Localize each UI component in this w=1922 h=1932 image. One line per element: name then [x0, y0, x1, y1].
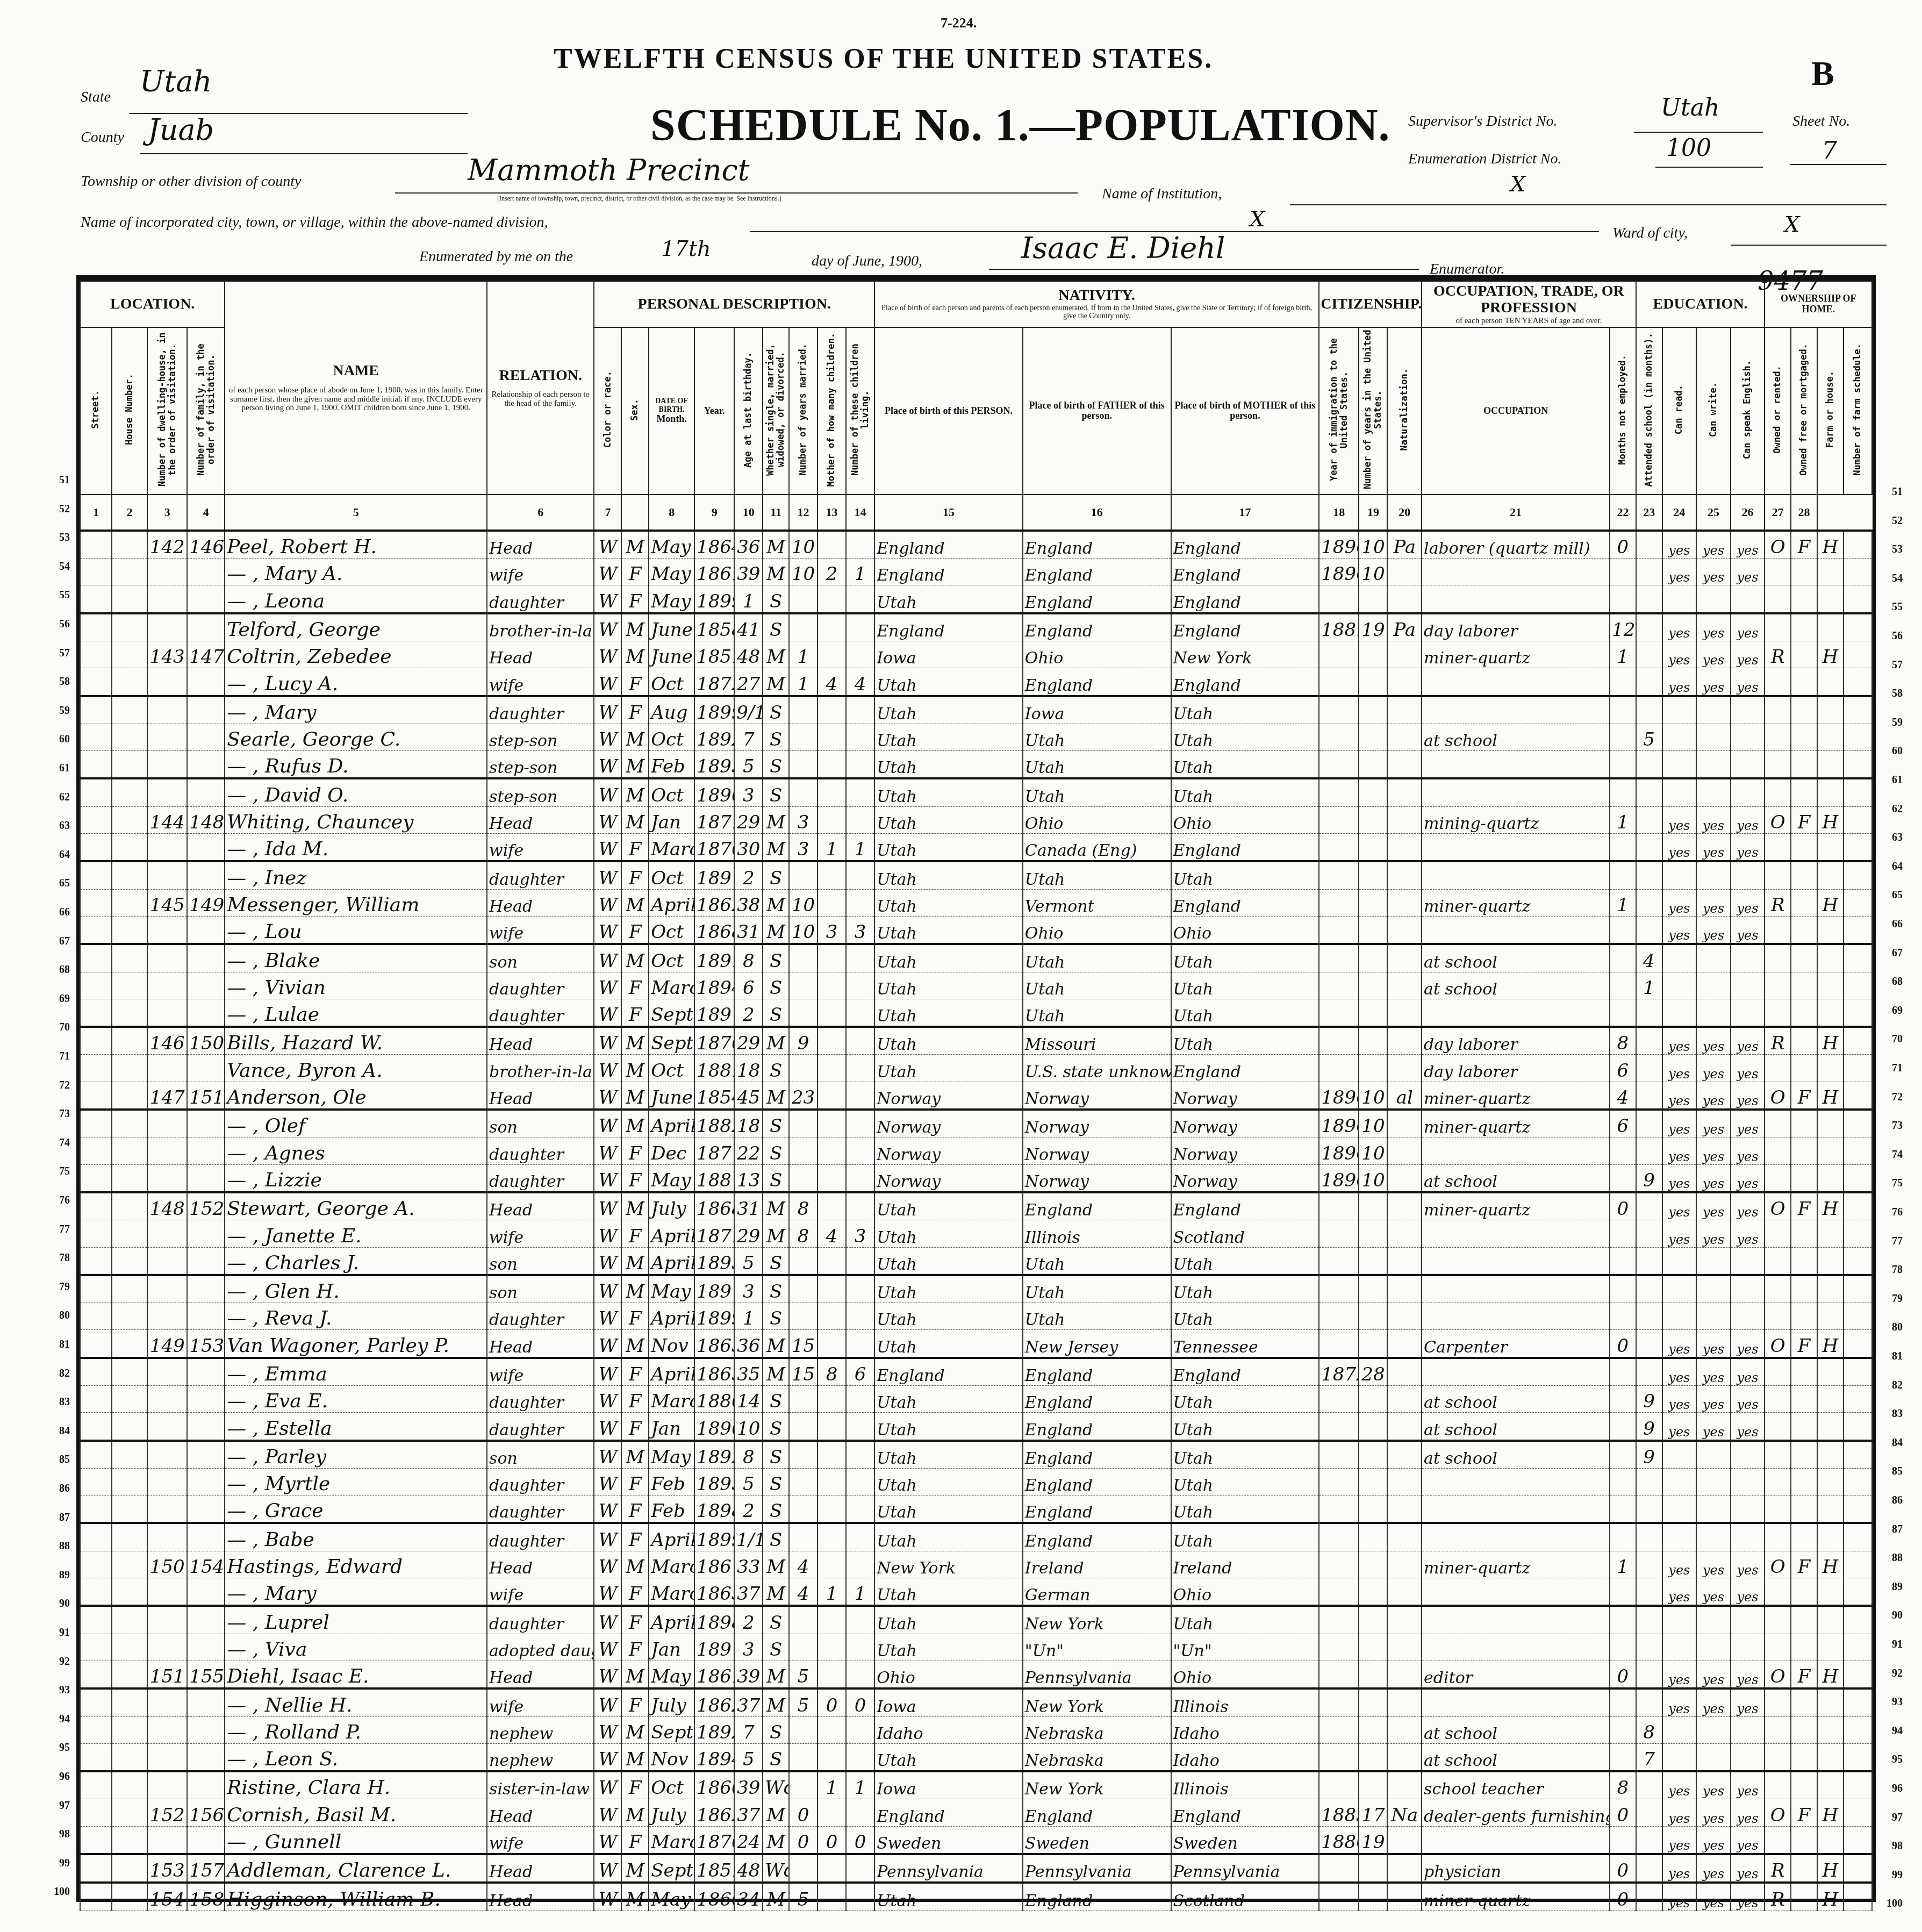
cell-mother-children — [817, 1192, 846, 1220]
cell-farm-house — [1817, 1716, 1844, 1743]
cell-years-married — [789, 1854, 817, 1883]
cell-farm-schedule — [1844, 1523, 1872, 1551]
cell-months-unemployed: 0 — [1610, 1799, 1636, 1826]
cell-house-number — [112, 724, 147, 750]
sheet-letter: B — [1811, 54, 1834, 94]
group-relation: RELATION.Relationship of each person to … — [487, 281, 594, 495]
cell-farm-schedule — [1844, 1386, 1872, 1413]
cell-relation: daughter — [487, 1468, 594, 1495]
cell-can-read — [1662, 1743, 1697, 1771]
cell-farm-schedule — [1844, 1330, 1872, 1358]
cell-birth-year: 1890 — [694, 1413, 734, 1441]
cell-birthplace-person: Utah — [874, 1303, 1023, 1330]
cell-years-in-us: 28 — [1359, 1358, 1387, 1386]
cell-can-read: yes — [1662, 1854, 1697, 1883]
cell-birthplace-mother: England — [1171, 834, 1319, 862]
cell-owned-rented — [1765, 1386, 1791, 1413]
cell-occupation — [1422, 861, 1610, 889]
cell-age: 39 — [734, 559, 763, 585]
cell-person-name: — , Leon S. — [225, 1743, 487, 1771]
cell-birth-month: July — [649, 1688, 694, 1716]
cell-family-number: 146 — [187, 531, 225, 559]
column-number: 9 — [694, 495, 734, 531]
cell-farm-schedule — [1844, 1661, 1872, 1688]
cell-birth-month: May — [649, 1661, 694, 1688]
cell-marital-status: S — [763, 1743, 789, 1771]
cell-birthplace-mother: Ireland — [1171, 1551, 1319, 1578]
cell-house-number — [112, 1027, 147, 1055]
cell-marital-status: M — [763, 1220, 789, 1247]
cell-farm-house — [1817, 1137, 1844, 1164]
cell-sex: F — [621, 1413, 649, 1441]
cell-years-married: 10 — [789, 531, 817, 559]
cell-dwelling-number: 154 — [147, 1883, 187, 1910]
cell-years-married: 8 — [789, 1220, 817, 1247]
cell-color-race: W — [594, 1220, 621, 1247]
cell-color-race: W — [594, 1799, 621, 1826]
cell-farm-house: H — [1817, 1027, 1844, 1055]
cell-birthplace-mother: Utah — [1171, 1027, 1319, 1055]
cell-color-race: W — [594, 1192, 621, 1220]
cell-free-mortgaged: F — [1791, 1192, 1817, 1220]
header-children-living: Number of these children living. — [846, 327, 874, 495]
cell-age: 2 — [734, 861, 763, 889]
cell-marital-status: M — [763, 668, 789, 696]
cell-naturalization — [1387, 778, 1422, 806]
line-number-right: 66 — [1870, 918, 1903, 931]
cell-farm-house — [1817, 972, 1844, 999]
line-number-right: 99 — [1870, 1869, 1903, 1881]
cell-free-mortgaged — [1791, 1358, 1817, 1386]
cell-birthplace-mother: England — [1171, 1192, 1319, 1220]
cell-color-race: W — [594, 1247, 621, 1275]
cell-can-write: yes — [1696, 1137, 1731, 1164]
cell-speak-english: yes — [1731, 916, 1765, 944]
cell-age: 33 — [734, 1551, 763, 1578]
cell-street — [80, 1551, 112, 1578]
state-label: State — [81, 89, 111, 106]
cell-marital-status: S — [763, 751, 789, 779]
column-number: 1 — [80, 495, 112, 531]
table-row: — , LupreldaughterWFApril18982SUtahNew Y… — [80, 1606, 1872, 1634]
column-number: 17 — [1171, 495, 1319, 531]
cell-house-number — [112, 613, 147, 641]
cell-person-name: Vance, Byron A. — [225, 1055, 487, 1082]
cell-age: 14 — [734, 1386, 763, 1413]
cell-can-write — [1696, 585, 1731, 613]
cell-immigration-year — [1319, 585, 1359, 613]
cell-house-number — [112, 1137, 147, 1164]
cell-dwelling-number — [147, 1468, 187, 1495]
cell-age: 5 — [734, 1468, 763, 1495]
cell-person-name: — , Charles J. — [225, 1247, 487, 1275]
cell-mother-children — [817, 861, 846, 889]
cell-immigration-year — [1319, 1716, 1359, 1743]
cell-marital-status: M — [763, 1027, 789, 1055]
cell-dwelling-number — [147, 1303, 187, 1330]
cell-farm-schedule — [1844, 1303, 1872, 1330]
cell-years-in-us — [1359, 1688, 1387, 1716]
cell-marital-status: Wd — [763, 1854, 789, 1883]
line-number-right: 69 — [1870, 1005, 1903, 1017]
cell-farm-schedule — [1844, 1771, 1872, 1799]
cell-mother-children — [817, 1634, 846, 1661]
cell-farm-schedule — [1844, 1495, 1872, 1523]
column-number: 12 — [789, 495, 817, 531]
cell-immigration-year: 1890 — [1319, 1164, 1359, 1192]
cell-years-in-us — [1359, 1578, 1387, 1606]
cell-farm-schedule — [1844, 1854, 1872, 1883]
cell-farm-house — [1817, 1688, 1844, 1716]
cell-person-name: — , Agnes — [225, 1137, 487, 1164]
cell-mother-children — [817, 778, 846, 806]
cell-owned-rented: O — [1765, 1192, 1791, 1220]
cell-free-mortgaged — [1791, 1826, 1817, 1854]
cell-immigration-year — [1319, 778, 1359, 806]
header-farm-house: Farm or house. — [1817, 327, 1844, 495]
cell-birthplace-person: Utah — [874, 668, 1023, 696]
cell-birthplace-person: Iowa — [874, 1688, 1023, 1716]
cell-children-living — [846, 1247, 874, 1275]
cell-farm-house — [1817, 861, 1844, 889]
line-number-right: 79 — [1870, 1293, 1903, 1305]
cell-can-write: yes — [1696, 1082, 1731, 1110]
cell-family-number — [187, 1523, 225, 1551]
cell-relation: daughter — [487, 1606, 594, 1634]
cell-can-read: yes — [1662, 1688, 1697, 1716]
cell-age: 1 — [734, 585, 763, 613]
cell-house-number — [112, 668, 147, 696]
cell-occupation — [1422, 1275, 1610, 1303]
line-number-left: 77 — [38, 1223, 70, 1236]
cell-birth-year: 1862 — [694, 889, 734, 916]
cell-age: 8 — [734, 944, 763, 972]
cell-color-race: W — [594, 916, 621, 944]
cell-birthplace-person: Utah — [874, 724, 1023, 750]
cell-dwelling-number — [147, 724, 187, 750]
cell-can-read: yes — [1662, 1220, 1697, 1247]
cell-immigration-year: 1890 — [1319, 559, 1359, 585]
cell-farm-house: H — [1817, 1661, 1844, 1688]
cell-birth-month: Feb — [649, 751, 694, 779]
cell-months-unemployed: 0 — [1610, 1883, 1636, 1910]
cell-occupation: at school — [1422, 944, 1610, 972]
cell-dwelling-number — [147, 1523, 187, 1551]
cell-dwelling-number — [147, 1358, 187, 1386]
cell-can-write: yes — [1696, 559, 1731, 585]
cell-farm-house: H — [1817, 641, 1844, 668]
cell-birthplace-father: Iowa — [1023, 696, 1171, 724]
cell-person-name: Peel, Robert H. — [225, 531, 487, 559]
cell-color-race: W — [594, 1468, 621, 1495]
cell-can-write: yes — [1696, 613, 1731, 641]
cell-dwelling-number — [147, 972, 187, 999]
cell-free-mortgaged: F — [1791, 806, 1817, 833]
cell-color-race: W — [594, 861, 621, 889]
cell-street — [80, 1413, 112, 1441]
cell-sex: F — [621, 1634, 649, 1661]
cell-can-read — [1662, 1606, 1697, 1634]
cell-months-unemployed: 8 — [1610, 1027, 1636, 1055]
cell-years-married — [789, 1137, 817, 1164]
cell-sex: M — [621, 778, 649, 806]
cell-occupation — [1422, 696, 1610, 724]
ward-label: Ward of city, — [1612, 225, 1688, 242]
cell-months-unemployed — [1610, 1523, 1636, 1551]
cell-children-living — [846, 1799, 874, 1826]
cell-street — [80, 1441, 112, 1469]
cell-age: 18 — [734, 1110, 763, 1137]
cell-birth-year: 1871 — [694, 1220, 734, 1247]
cell-months-unemployed: 0 — [1610, 1661, 1636, 1688]
cell-birth-year: 1892 — [694, 1716, 734, 1743]
line-number-left: 99 — [38, 1857, 70, 1870]
cell-speak-english: yes — [1731, 806, 1765, 833]
cell-dwelling-number — [147, 1688, 187, 1716]
group-nativity: NATIVITY.Place of birth of each person a… — [874, 281, 1319, 327]
cell-marital-status: M — [763, 1799, 789, 1826]
cell-farm-schedule — [1844, 1082, 1872, 1110]
cell-age: 35 — [734, 1358, 763, 1386]
cell-street — [80, 1799, 112, 1826]
cell-marital-status: M — [763, 1883, 789, 1910]
cell-mother-children — [817, 1275, 846, 1303]
cell-can-read — [1662, 724, 1697, 750]
cell-occupation — [1422, 1468, 1610, 1495]
cell-attended-school — [1636, 1661, 1662, 1688]
cell-birth-month: March — [649, 834, 694, 862]
cell-months-unemployed — [1610, 668, 1636, 696]
cell-birth-month: Nov — [649, 1743, 694, 1771]
cell-farm-house — [1817, 585, 1844, 613]
cell-naturalization — [1387, 1441, 1422, 1469]
cell-years-married: 0 — [789, 1826, 817, 1854]
cell-months-unemployed — [1610, 1606, 1636, 1634]
column-number: 15 — [874, 495, 1023, 531]
cell-can-read: yes — [1662, 889, 1697, 916]
line-number-left: 64 — [38, 849, 70, 861]
cell-birth-month: April — [649, 1247, 694, 1275]
cell-farm-house: H — [1817, 1551, 1844, 1578]
cell-birth-year: 1882 — [694, 1110, 734, 1137]
cell-birthplace-person: Norway — [874, 1110, 1023, 1137]
cell-street — [80, 1386, 112, 1413]
cell-can-read: yes — [1662, 1551, 1697, 1578]
header-family-number: Number of family, in the order of visita… — [187, 327, 225, 495]
line-number-left: 93 — [38, 1684, 70, 1697]
line-number-right: 91 — [1870, 1638, 1903, 1651]
cell-speak-english — [1731, 944, 1765, 972]
cell-marital-status: M — [763, 1192, 789, 1220]
cell-person-name: — , David O. — [225, 778, 487, 806]
cell-color-race: W — [594, 1606, 621, 1634]
cell-street — [80, 751, 112, 779]
cell-months-unemployed — [1610, 972, 1636, 999]
cell-birth-year: 1897 — [694, 1634, 734, 1661]
cell-immigration-year — [1319, 1523, 1359, 1551]
cell-relation: step-son — [487, 751, 594, 779]
cell-birthplace-person: Utah — [874, 1523, 1023, 1551]
table-row: — , Vivaadopted daughterWFJan18973SUtah"… — [80, 1634, 1872, 1661]
cell-can-write — [1696, 778, 1731, 806]
cell-speak-english: yes — [1731, 668, 1765, 696]
cell-relation: daughter — [487, 1303, 594, 1330]
cell-speak-english: yes — [1731, 1220, 1765, 1247]
cell-can-write: yes — [1696, 1220, 1731, 1247]
cell-relation: wife — [487, 1220, 594, 1247]
cell-dwelling-number — [147, 668, 187, 696]
line-number-left: 89 — [38, 1569, 70, 1582]
cell-dwelling-number: 153 — [147, 1854, 187, 1883]
cell-immigration-year — [1319, 916, 1359, 944]
cell-relation: sister-in-law — [487, 1771, 594, 1799]
line-number-left: 95 — [38, 1742, 70, 1754]
cell-relation: daughter — [487, 1164, 594, 1192]
cell-birth-month: Sept — [649, 999, 694, 1027]
cell-farm-house — [1817, 1055, 1844, 1082]
cell-birthplace-mother: Utah — [1171, 944, 1319, 972]
cell-birthplace-person: Utah — [874, 585, 1023, 613]
cell-naturalization — [1387, 1413, 1422, 1441]
cell-can-read: yes — [1662, 1192, 1697, 1220]
cell-house-number — [112, 861, 147, 889]
cell-owned-rented — [1765, 1826, 1791, 1854]
cell-sex: F — [621, 1578, 649, 1606]
column-number: 27 — [1765, 495, 1791, 531]
cell-sex: M — [621, 1110, 649, 1137]
cell-birthplace-person: Utah — [874, 944, 1023, 972]
cell-years-married: 9 — [789, 1027, 817, 1055]
cell-free-mortgaged — [1791, 916, 1817, 944]
line-number-left: 91 — [38, 1627, 70, 1639]
cell-occupation: miner-quartz — [1422, 1082, 1610, 1110]
line-number-left: 94 — [38, 1713, 70, 1726]
cell-occupation: school teacher — [1422, 1771, 1610, 1799]
cell-can-read: yes — [1662, 1027, 1697, 1055]
cell-color-race: W — [594, 668, 621, 696]
cell-owned-rented — [1765, 1275, 1791, 1303]
cell-street — [80, 1303, 112, 1330]
header-naturalization: Naturalization. — [1387, 327, 1422, 495]
cell-naturalization — [1387, 1606, 1422, 1634]
cell-color-race: W — [594, 1551, 621, 1578]
header-birth-month: DATE OF BIRTH.Month. — [649, 327, 694, 495]
cell-birth-year: 1858 — [694, 613, 734, 641]
cell-house-number — [112, 916, 147, 944]
cell-sex: F — [621, 1386, 649, 1413]
cell-street — [80, 1027, 112, 1055]
cell-birth-month: April — [649, 1358, 694, 1386]
cell-dwelling-number: 151 — [147, 1661, 187, 1688]
cell-birthplace-mother: Idaho — [1171, 1743, 1319, 1771]
cell-children-living — [846, 944, 874, 972]
institution-label: Name of Institution, — [1102, 185, 1222, 203]
cell-mother-children — [817, 641, 846, 668]
cell-can-write: yes — [1696, 1854, 1731, 1883]
cell-months-unemployed — [1610, 1578, 1636, 1606]
column-number: 18 — [1319, 495, 1359, 531]
cell-farm-schedule — [1844, 531, 1872, 559]
cell-house-number — [112, 531, 147, 559]
cell-occupation — [1422, 1358, 1610, 1386]
cell-sex: F — [621, 1606, 649, 1634]
cell-dwelling-number — [147, 1606, 187, 1634]
cell-birthplace-mother: Utah — [1171, 999, 1319, 1027]
cell-owned-rented: O — [1765, 1551, 1791, 1578]
cell-sex: M — [621, 1743, 649, 1771]
cell-house-number — [112, 1192, 147, 1220]
enumeration-underline — [1655, 167, 1763, 168]
cell-attended-school: 8 — [1636, 1716, 1662, 1743]
cell-color-race: W — [594, 1634, 621, 1661]
cell-occupation — [1422, 834, 1610, 862]
cell-farm-house — [1817, 916, 1844, 944]
cell-can-write — [1696, 1247, 1731, 1275]
cell-birthplace-mother: Utah — [1171, 1275, 1319, 1303]
cell-mother-children: 0 — [817, 1826, 846, 1854]
cell-street — [80, 668, 112, 696]
cell-relation: daughter — [487, 999, 594, 1027]
cell-free-mortgaged: F — [1791, 1661, 1817, 1688]
cell-occupation: at school — [1422, 1386, 1610, 1413]
cell-occupation: dealer-gents furnishing — [1422, 1799, 1610, 1826]
cell-color-race: W — [594, 531, 621, 559]
cell-age: 18 — [734, 1055, 763, 1082]
cell-months-unemployed — [1610, 1137, 1636, 1164]
cell-birth-year: 1897 — [694, 861, 734, 889]
cell-age: 9/12 — [734, 696, 763, 724]
cell-dwelling-number — [147, 1771, 187, 1799]
table-row: — , LouwifeWFOct186831M1033UtahOhioOhioy… — [80, 916, 1872, 944]
cell-years-in-us — [1359, 1441, 1387, 1469]
cell-age: 8 — [734, 1441, 763, 1469]
cell-immigration-year — [1319, 696, 1359, 724]
cell-attended-school — [1636, 1854, 1662, 1883]
cell-farm-house — [1817, 1275, 1844, 1303]
cell-years-in-us — [1359, 861, 1387, 889]
cell-speak-english — [1731, 1441, 1765, 1469]
cell-children-living — [846, 724, 874, 750]
cell-color-race: W — [594, 613, 621, 641]
cell-person-name: — , Rufus D. — [225, 751, 487, 779]
cell-free-mortgaged — [1791, 751, 1817, 779]
cell-can-write — [1696, 861, 1731, 889]
cell-sex: F — [621, 861, 649, 889]
cell-relation: daughter — [487, 1386, 594, 1413]
cell-occupation: day laborer — [1422, 1055, 1610, 1082]
cell-mother-children — [817, 1441, 846, 1469]
cell-years-married — [789, 1055, 817, 1082]
cell-months-unemployed — [1610, 1441, 1636, 1469]
line-number-left: 83 — [38, 1396, 70, 1408]
cell-months-unemployed — [1610, 1413, 1636, 1441]
cell-birthplace-person: Iowa — [874, 1771, 1023, 1799]
cell-free-mortgaged — [1791, 999, 1817, 1027]
cell-speak-english: yes — [1731, 1055, 1765, 1082]
cell-attended-school — [1636, 1137, 1662, 1164]
cell-attended-school — [1636, 1826, 1662, 1854]
cell-birth-month: June — [649, 1082, 694, 1110]
cell-birthplace-father: Nebraska — [1023, 1743, 1171, 1771]
cell-mother-children — [817, 1082, 846, 1110]
cell-relation: Head — [487, 1883, 594, 1910]
table-row: — , Janette E.wifeWFApril187129M843UtahI… — [80, 1220, 1872, 1247]
cell-sex: F — [621, 668, 649, 696]
cell-color-race: W — [594, 1441, 621, 1469]
cell-street — [80, 1578, 112, 1606]
cell-can-read — [1662, 999, 1697, 1027]
line-number-right: 85 — [1870, 1465, 1903, 1478]
